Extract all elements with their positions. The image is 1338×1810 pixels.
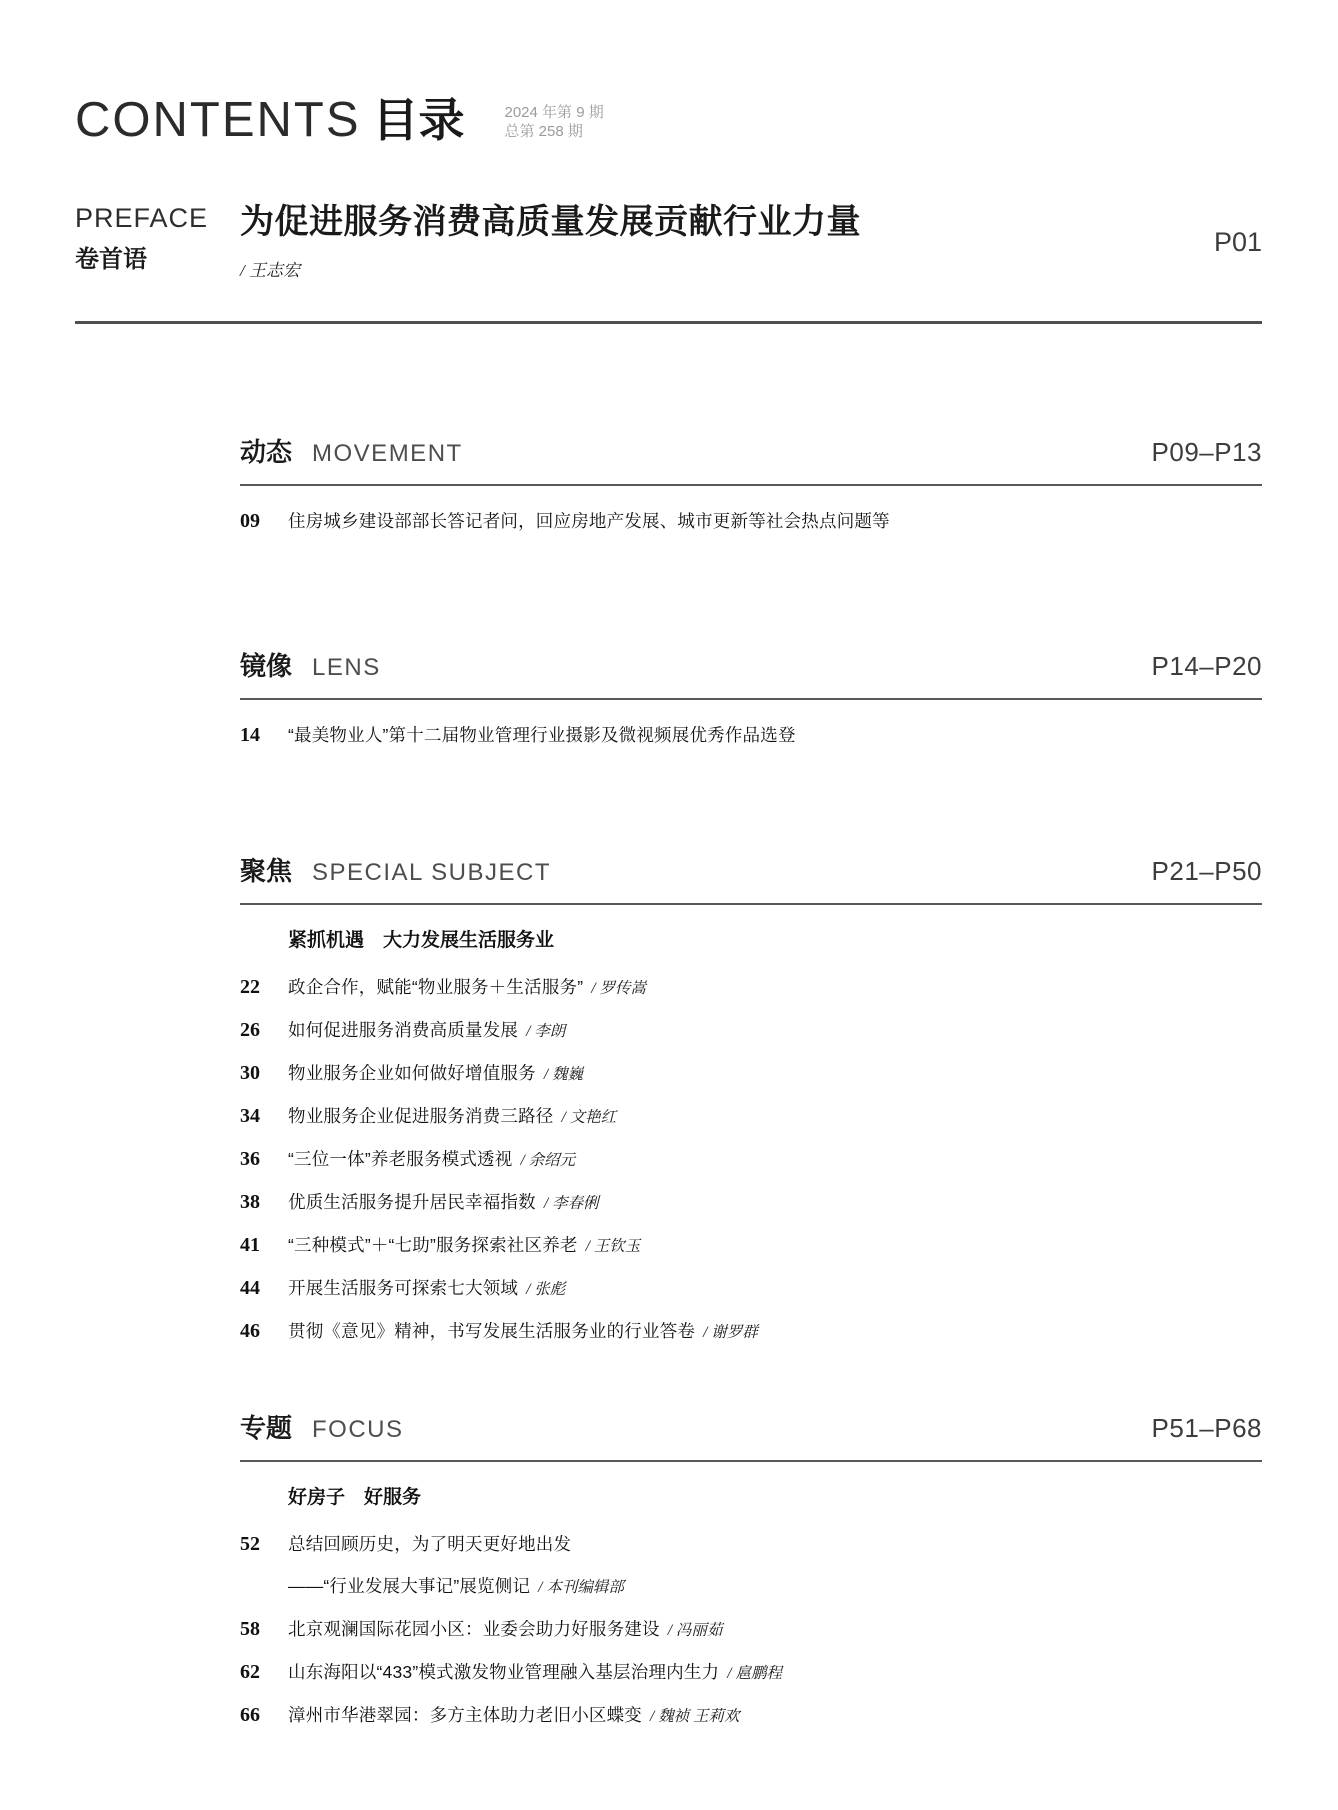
section-subtitle: 紧抓机遇 大力发展生活服务业: [288, 925, 1262, 952]
toc-item: 58 北京观澜国际花园小区：业委会助力好服务建设 / 冯丽茹: [240, 1618, 1262, 1642]
preface-entry: PREFACE 卷首语 为促进服务消费高质量发展贡献行业力量 / 王志宏 P01: [75, 203, 1262, 281]
section-special-subject: 聚焦 SPECIAL SUBJECT P21–P50 紧抓机遇 大力发展生活服务…: [240, 851, 1262, 1344]
section-lens: 镜像 LENS P14–P20 14 “最美物业人”第十二届物业管理行业摄影及微…: [240, 646, 1262, 747]
item-author: / 本刊编辑部: [538, 1576, 624, 1599]
item-page-number: 44: [240, 1277, 288, 1300]
toc-item: 09 住房城乡建设部部长答记者问，回应房地产发展、城市更新等社会热点问题等: [240, 510, 1262, 533]
section-name-en: SPECIAL SUBJECT: [312, 859, 551, 887]
item-page-number: 41: [240, 1234, 288, 1257]
issue-number: 2024 年第 9 期: [505, 103, 604, 122]
section-items: 52 总结回顾历史，为了明天更好地出发 ——“行业发展大事记”展览侧记 / 本刊…: [240, 1533, 1262, 1728]
section-focus: 专题 FOCUS P51–P68 好房子 好服务 52 总结回顾历史，为了明天更…: [240, 1408, 1262, 1728]
section-items: 22 政企合作，赋能“物业服务＋生活服务” / 罗传嵩 26 如何促进服务消费高…: [240, 976, 1262, 1344]
item-title: 山东海阳以“433”模式激发物业管理融入基层治理内生力: [288, 1661, 719, 1684]
toc-item: 26 如何促进服务消费高质量发展 / 李朗: [240, 1019, 1262, 1043]
item-title: 总结回顾历史，为了明天更好地出发: [288, 1533, 571, 1556]
issue-total: 总第 258 期: [505, 122, 604, 141]
toc-item: 30 物业服务企业如何做好增值服务 / 魏巍: [240, 1062, 1262, 1086]
preface-main: 为促进服务消费高质量发展贡献行业力量 / 王志宏: [240, 203, 1214, 281]
toc-item: 66 漳州市华港翠园：多方主体助力老旧小区蝶变 / 魏祯 王莉欢: [240, 1704, 1262, 1728]
item-author: / 李春俐: [544, 1192, 599, 1215]
item-author: / 冯丽茹: [668, 1619, 723, 1642]
contents-title-cn: 目录: [373, 96, 465, 144]
item-page-number: 09: [240, 510, 288, 533]
masthead: CONTENTS 目录 2024 年第 9 期 总第 258 期: [75, 0, 1262, 145]
preface-divider: [75, 321, 1262, 324]
item-title: “三种模式”＋“七助”服务探索社区养老: [288, 1234, 578, 1257]
issue-info: 2024 年第 9 期 总第 258 期: [505, 96, 604, 141]
section-name-en: MOVEMENT: [312, 440, 463, 468]
section-list: 动态 MOVEMENT P09–P13 09 住房城乡建设部部长答记者问，回应房…: [240, 432, 1262, 1728]
item-page-number: 58: [240, 1618, 288, 1641]
preface-label-en: PREFACE: [75, 203, 240, 234]
item-subtitle-line: ——“行业发展大事记”展览侧记: [288, 1575, 530, 1598]
item-author: / 魏祯 王莉欢: [650, 1705, 740, 1728]
item-page-number: 38: [240, 1191, 288, 1214]
toc-item: 46 贯彻《意见》精神，书写发展生活服务业的行业答卷 / 谢罗群: [240, 1320, 1262, 1344]
item-title: “三位一体”养老服务模式透视: [288, 1148, 512, 1171]
section-divider: [240, 903, 1262, 905]
section-divider: [240, 1460, 1262, 1462]
toc-item: 41 “三种模式”＋“七助”服务探索社区养老 / 王钦玉: [240, 1234, 1262, 1258]
toc-item: 14 “最美物业人”第十二届物业管理行业摄影及微视频展优秀作品选登: [240, 724, 1262, 747]
item-title: 开展生活服务可探索七大领域: [288, 1277, 518, 1300]
section-page-range: P21–P50: [1152, 856, 1262, 887]
section-header: 动态 MOVEMENT P09–P13: [240, 432, 1262, 469]
item-title: 如何促进服务消费高质量发展: [288, 1019, 518, 1042]
preface-label: PREFACE 卷首语: [75, 203, 240, 281]
preface-page-number: P01: [1214, 227, 1262, 258]
section-movement: 动态 MOVEMENT P09–P13 09 住房城乡建设部部长答记者问，回应房…: [240, 432, 1262, 533]
contents-title-en: CONTENTS: [75, 96, 361, 145]
item-title: 优质生活服务提升居民幸福指数: [288, 1191, 536, 1214]
item-title: 物业服务企业促进服务消费三路径: [288, 1105, 554, 1128]
section-name-cn: 聚焦: [240, 851, 292, 888]
item-page-number: 34: [240, 1105, 288, 1128]
toc-item: 44 开展生活服务可探索七大领域 / 张彪: [240, 1277, 1262, 1301]
item-page-number: 36: [240, 1148, 288, 1171]
toc-item: 38 优质生活服务提升居民幸福指数 / 李春俐: [240, 1191, 1262, 1215]
toc-item: 22 政企合作，赋能“物业服务＋生活服务” / 罗传嵩: [240, 976, 1262, 1000]
item-author: / 文艳红: [562, 1106, 617, 1129]
item-page-number: 66: [240, 1704, 288, 1727]
item-author: / 余绍元: [520, 1149, 575, 1172]
preface-title: 为促进服务消费高质量发展贡献行业力量: [240, 203, 1214, 242]
item-author: / 罗传嵩: [591, 977, 646, 1000]
item-title: 北京观澜国际花园小区：业委会助力好服务建设: [288, 1618, 660, 1641]
section-divider: [240, 698, 1262, 700]
item-page-number: 14: [240, 724, 288, 747]
section-name-cn: 专题: [240, 1408, 292, 1445]
section-name-en: FOCUS: [312, 1416, 404, 1444]
toc-page: CONTENTS 目录 2024 年第 9 期 总第 258 期 PREFACE…: [0, 0, 1338, 1810]
section-header: 镜像 LENS P14–P20: [240, 646, 1262, 683]
section-name-en: LENS: [312, 654, 381, 682]
item-author: / 李朗: [526, 1020, 565, 1043]
section-name-cn: 动态: [240, 432, 292, 469]
preface-label-cn: 卷首语: [75, 239, 240, 274]
item-page-number: 46: [240, 1320, 288, 1343]
section-subtitle: 好房子 好服务: [288, 1482, 1262, 1509]
section-name-cn: 镜像: [240, 646, 292, 683]
item-page-number: 26: [240, 1019, 288, 1042]
section-items: 09 住房城乡建设部部长答记者问，回应房地产发展、城市更新等社会热点问题等: [240, 510, 1262, 533]
section-items: 14 “最美物业人”第十二届物业管理行业摄影及微视频展优秀作品选登: [240, 724, 1262, 747]
item-page-number: 30: [240, 1062, 288, 1085]
item-title: 贯彻《意见》精神，书写发展生活服务业的行业答卷: [288, 1320, 695, 1343]
item-page-number: 62: [240, 1661, 288, 1684]
section-page-range: P09–P13: [1152, 437, 1262, 468]
item-page-number: 22: [240, 976, 288, 999]
item-page-number: 52: [240, 1533, 288, 1556]
section-page-range: P51–P68: [1152, 1413, 1262, 1444]
item-title: 政企合作，赋能“物业服务＋生活服务”: [288, 976, 583, 999]
item-author: / 张彪: [526, 1278, 565, 1301]
section-header: 聚焦 SPECIAL SUBJECT P21–P50: [240, 851, 1262, 888]
toc-item-continuation: ——“行业发展大事记”展览侧记 / 本刊编辑部: [288, 1575, 1262, 1599]
item-author: / 谢罗群: [703, 1321, 758, 1344]
toc-item: 62 山东海阳以“433”模式激发物业管理融入基层治理内生力 / 扈鹏程: [240, 1661, 1262, 1685]
item-title: “最美物业人”第十二届物业管理行业摄影及微视频展优秀作品选登: [288, 724, 796, 747]
toc-item: 52 总结回顾历史，为了明天更好地出发: [240, 1533, 1262, 1556]
item-title: 住房城乡建设部部长答记者问，回应房地产发展、城市更新等社会热点问题等: [288, 510, 890, 533]
toc-item: 34 物业服务企业促进服务消费三路径 / 文艳红: [240, 1105, 1262, 1129]
section-divider: [240, 484, 1262, 486]
item-author: / 扈鹏程: [727, 1662, 782, 1685]
item-title: 物业服务企业如何做好增值服务: [288, 1062, 536, 1085]
item-title: 漳州市华港翠园：多方主体助力老旧小区蝶变: [288, 1704, 642, 1727]
section-page-range: P14–P20: [1152, 651, 1262, 682]
item-author: / 王钦玉: [586, 1235, 641, 1258]
toc-item: 36 “三位一体”养老服务模式透视 / 余绍元: [240, 1148, 1262, 1172]
section-header: 专题 FOCUS P51–P68: [240, 1408, 1262, 1445]
item-author: / 魏巍: [544, 1063, 583, 1086]
preface-author: / 王志宏: [240, 256, 1214, 281]
